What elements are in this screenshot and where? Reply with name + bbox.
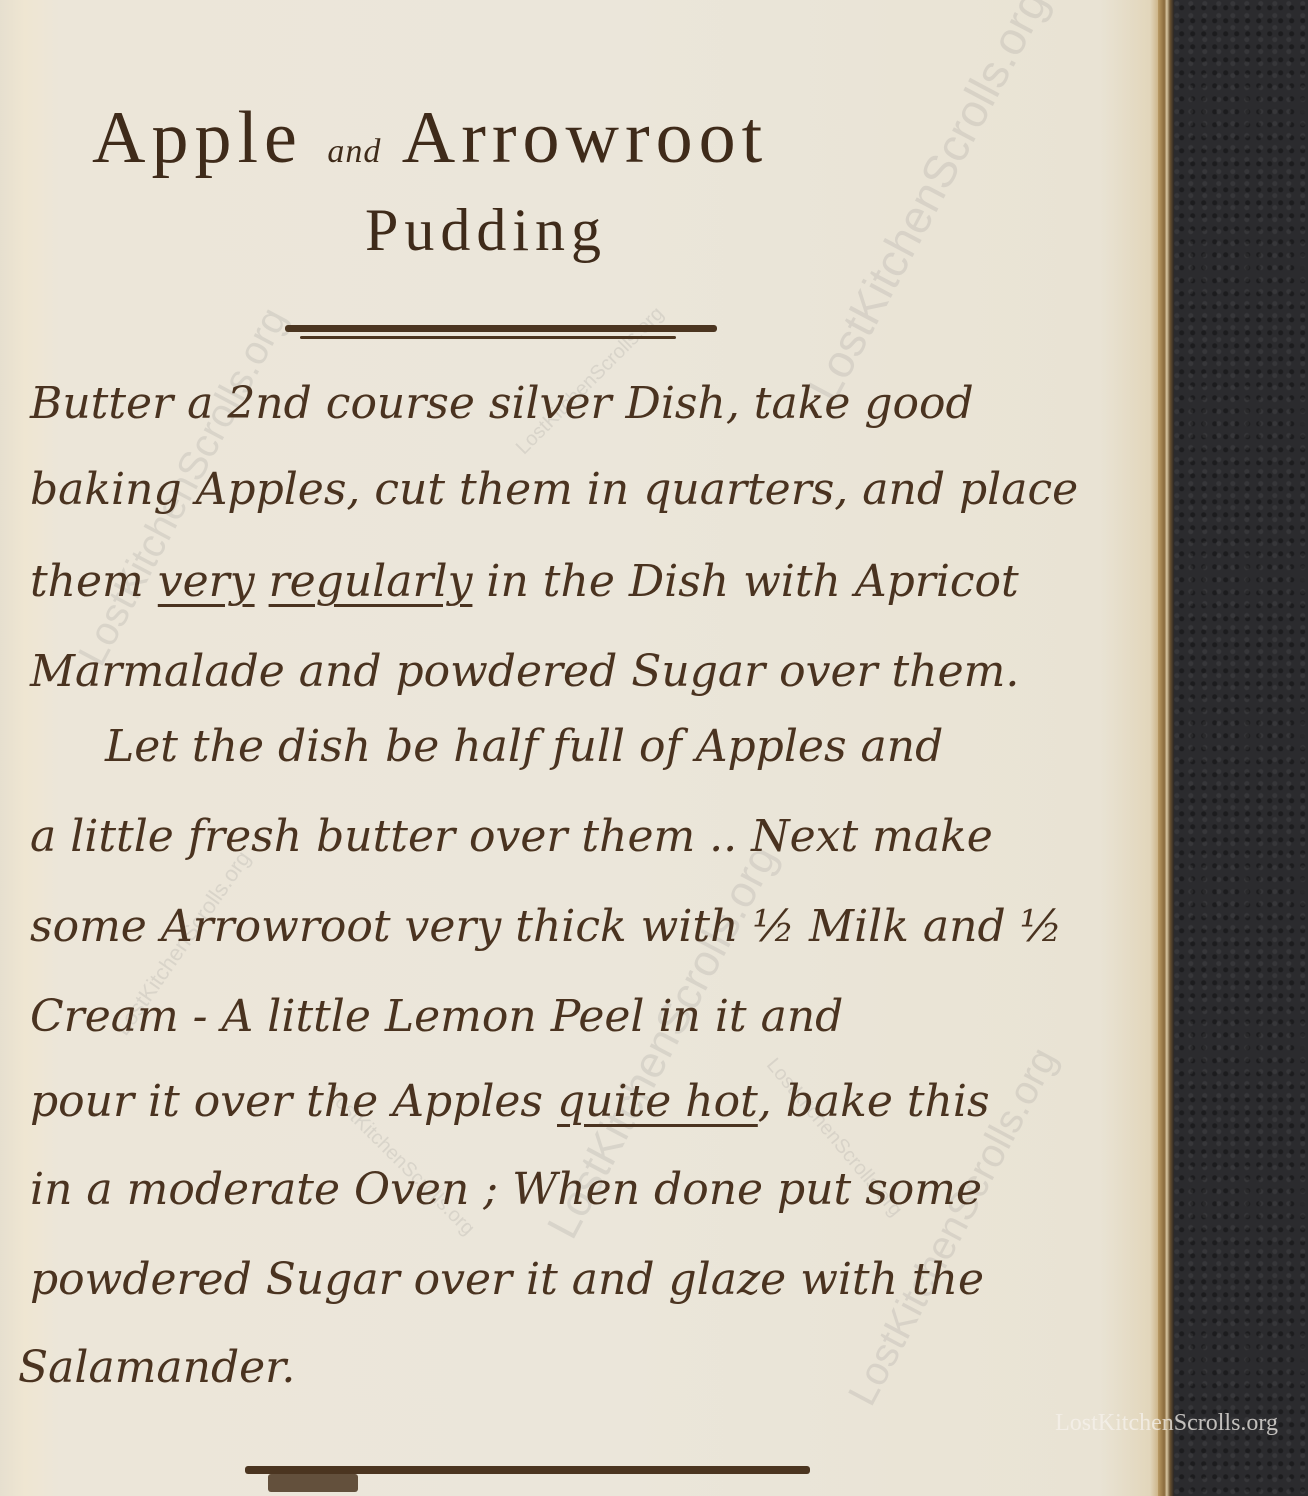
line-text: pour it over the Apples	[30, 1076, 557, 1127]
title-underline-thin	[300, 336, 676, 339]
recipe-line: Cream - A little Lemon Peel in it and	[30, 995, 843, 1039]
recipe-line: a little fresh butter over them .. Next …	[30, 815, 993, 859]
line-text: in the Dish with Apricot	[472, 556, 1018, 607]
recipe-line: some Arrowroot very thick with ½ Milk an…	[30, 905, 1062, 949]
recipe-line: pour it over the Apples quite hot, bake …	[30, 1080, 990, 1124]
title-word-apple: Apple	[92, 97, 303, 179]
recipe-line: them very regularly in the Dish with Apr…	[30, 560, 1019, 604]
recipe-line: in a moderate Oven ; When done put some	[30, 1168, 982, 1212]
recipe-line: Salamander.	[18, 1346, 295, 1390]
closing-rule-blot	[268, 1474, 358, 1492]
recipe-line: powdered Sugar over it and glaze with th…	[30, 1258, 984, 1302]
recipe-line: baking Apples, cut them in quarters, and…	[30, 468, 1078, 512]
underlined-word: very	[158, 556, 255, 607]
line-text: them	[30, 556, 158, 607]
recipe-title-line1: Apple and Arrowroot	[92, 96, 768, 181]
recipe-line: Let the dish be half full of Apples and	[105, 725, 943, 769]
recipe-title-line2: Pudding	[365, 196, 607, 265]
recipe-line: Marmalade and powdered Sugar over them.	[30, 650, 1019, 694]
underlined-word: quite hot	[557, 1076, 758, 1127]
title-underline	[285, 325, 717, 332]
title-word-arrowroot: Arrowroot	[402, 97, 768, 179]
watermark: LostKitchenScrolls.org	[796, 0, 1059, 410]
underlined-word: regularly	[269, 556, 473, 607]
closing-rule	[245, 1466, 810, 1474]
leather-cover	[1174, 0, 1308, 1496]
title-word-and: and	[327, 133, 381, 170]
page-edge	[1158, 0, 1174, 1496]
watermark-bottom-right: LostKitchenScrolls.org	[1055, 1410, 1278, 1437]
recipe-line: Butter a 2nd course silver Dish, take go…	[30, 382, 974, 426]
line-text	[255, 556, 269, 607]
manuscript-page: LostKitchenScrolls.org LostKitchenScroll…	[0, 0, 1160, 1496]
line-text: , bake this	[758, 1076, 990, 1127]
